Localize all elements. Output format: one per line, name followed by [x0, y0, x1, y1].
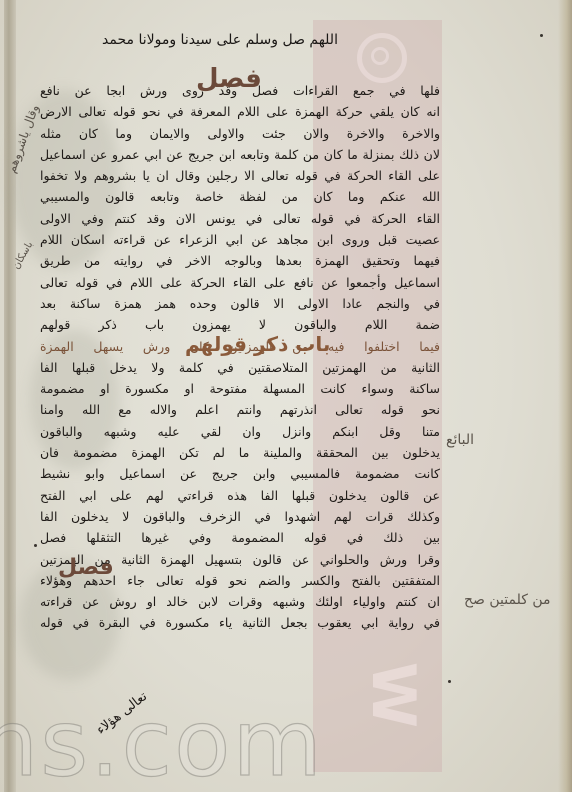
binding-edge: [4, 0, 16, 792]
text-line: الثانية من الهمزتين المتلاصقتين في كلمة …: [40, 357, 440, 378]
text-line: وكذلك قرات لهم اشهدوا في الزخرف والباقون…: [40, 506, 440, 527]
margin-note-right-middle: البائع: [446, 432, 474, 448]
text-line: فيهما وتحقيق الهمزة بعدها وبالوجه الاخر …: [40, 250, 440, 271]
text-line: الله عنكم وما كان من لفظة خاصة وتابعه قا…: [40, 186, 440, 207]
invocation-line: اللهم صل وسلم على سيدنا ومولانا محمد: [90, 32, 350, 48]
text-line: عصيت قبل وروى ابن مجاهد عن ابي الزعراء ع…: [40, 229, 440, 250]
text-line: لان ذلك بمنزلة ما كان من كلمة وتابعه ابن…: [40, 144, 440, 165]
text-line: ان كنتم واولياء اولئك وشبهه وقرات لابن خ…: [40, 591, 440, 612]
text-line: في رواية ابي يعقوب بجعل الثانية ياء مكسو…: [40, 612, 440, 633]
ink-dot: [34, 544, 37, 547]
text-line: فلها في جمع القراءات فصل وقد روى ورش ابج…: [40, 80, 440, 101]
page-right-edge: [558, 0, 572, 792]
manuscript-page: W ns.com اللهم صل وسلم على سيدنا ومولانا…: [0, 0, 572, 792]
text-line: كانت مضمومة فالمسيبي وابن جريج عن اسماعي…: [40, 463, 440, 484]
heading-fasl-bottom: فصل: [58, 555, 114, 580]
text-line: متنا وقل ابنكم وانزل وان لقي عليه وشبهه …: [40, 421, 440, 442]
ink-dot: [540, 34, 543, 37]
watermark-domain: ns.com: [0, 690, 324, 792]
text-line: انه كان يلقي حركة الهمزة على اللام المعر…: [40, 101, 440, 122]
text-line: بين ذلك في قوله المضمومة وفي غيرها التثق…: [40, 527, 440, 548]
text-line: نحو قوله تعالى انذرتهم وانتم اعلم والاله…: [40, 399, 440, 420]
watermark-logo-icon: [357, 33, 407, 83]
text-line: يدخلون بين المحققة والملينة ما لم تكن ال…: [40, 442, 440, 463]
main-text-block: فلها في جمع القراءات فصل وقد روى ورش ابج…: [40, 80, 440, 634]
text-line: ساكنة وسواء كانت المسهلة مفتوحة او مكسور…: [40, 378, 440, 399]
watermark-letter: W: [358, 662, 428, 728]
ink-dot: [448, 680, 451, 683]
text-line: في والنجم عادا الاولى الا قالون وحده همز…: [40, 293, 440, 314]
text-line: اسماعيل وأجمعوا عن نافع على القاء الحركة…: [40, 272, 440, 293]
text-line: والاخرة والاخرة والان جئت والاولى والايم…: [40, 123, 440, 144]
text-line: القاء الحركة في قوله تعالى في يونس الان …: [40, 208, 440, 229]
margin-note-right-lower: من كلمتين صح: [464, 592, 550, 608]
text-line: على القاء الحركة في قوله تعالى الا رجلين…: [40, 165, 440, 186]
text-line: عن قالون يدخلون قبلها الفا هذه قراءتي له…: [40, 485, 440, 506]
heading-bab: باب ذكر قولهم: [185, 332, 330, 356]
